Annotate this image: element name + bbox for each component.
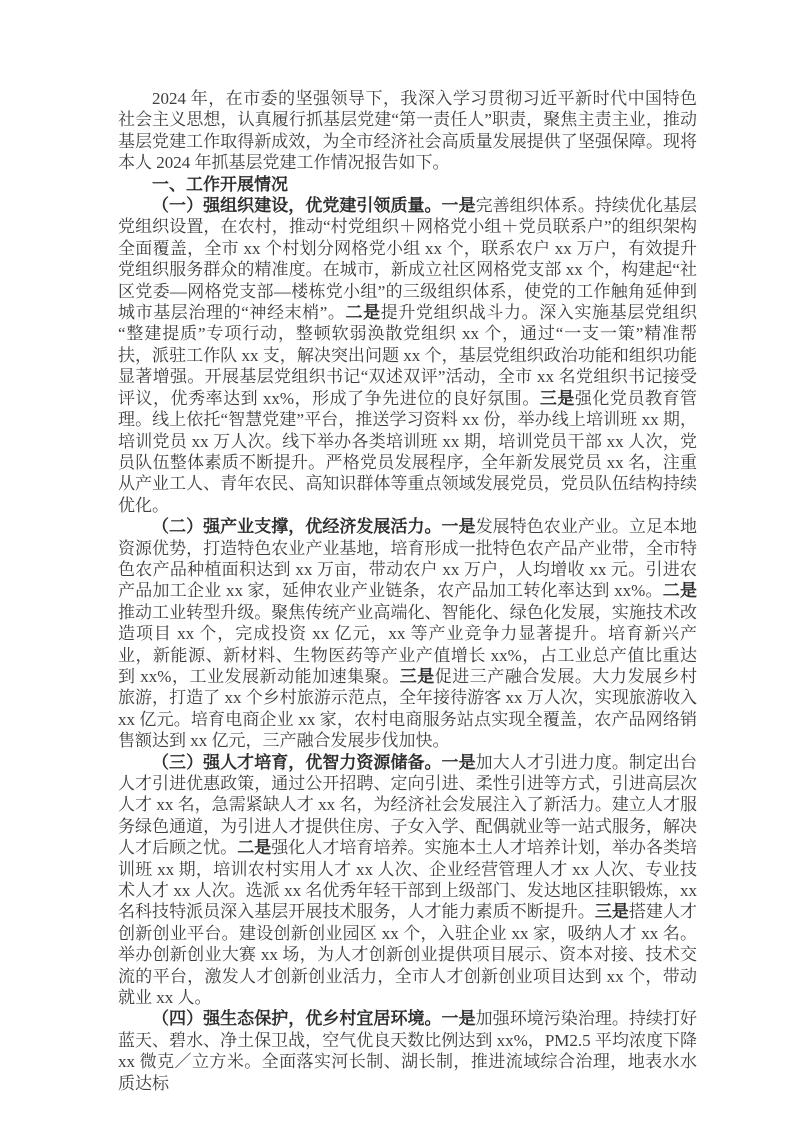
intro-paragraph: 2024 年，在市委的坚强领导下，我深入学习贯彻习近平新时代中国特色社会主义思想…	[118, 88, 697, 174]
document-body: 2024 年，在市委的坚强领导下，我深入学习贯彻习近平新时代中国特色社会主义思想…	[118, 88, 697, 1094]
text-run-bold: 二是	[346, 303, 381, 322]
paragraph-ecology: （四）强生态保护，优乡村宜居环境。一是加强环境污染治理。持续打好蓝天、碧水、净土…	[118, 1008, 697, 1094]
text-run-bold: 三是	[595, 902, 629, 921]
text-run-bold: 一、工作开展情况	[152, 175, 288, 194]
paragraph-talent: （三）强人才培育，优智力资源储备。一是加大人才引进力度。制定出台人才引进优惠政策…	[118, 752, 697, 1009]
text-run: 2024 年，在市委的坚强领导下，我深入学习贯彻习近平新时代中国特色社会主义思想…	[118, 89, 697, 172]
section-1-heading: 一、工作开展情况	[118, 174, 697, 195]
text-run-bold: 三是	[540, 389, 575, 408]
text-run-bold: 二是	[237, 838, 271, 857]
text-run-bold: 三是	[400, 667, 435, 686]
paragraph-organization: （一）强组织建设，优党建引领质量。一是完善组织体系。持续优化基层党组织设置，在农…	[118, 195, 697, 516]
paragraph-industry: （二）强产业支撑，优经济发展活力。一是发展特色农业产业。立足本地资源优势，打造特…	[118, 516, 697, 751]
text-run-bold: 二是	[663, 581, 697, 600]
document-page: 2024 年，在市委的坚强领导下，我深入学习贯彻习近平新时代中国特色社会主义思想…	[0, 0, 793, 1122]
text-run-bold: （二）强产业支撑，优经济发展活力。一是	[152, 517, 476, 536]
text-run-bold: （一）强组织建设，优党建引领质量。一是	[152, 196, 476, 215]
text-run-bold: （四）强生态保护，优乡村宜居环境。一是	[152, 1009, 476, 1028]
text-run-bold: （三）强人才培育，优智力资源储备。一是	[152, 753, 476, 772]
